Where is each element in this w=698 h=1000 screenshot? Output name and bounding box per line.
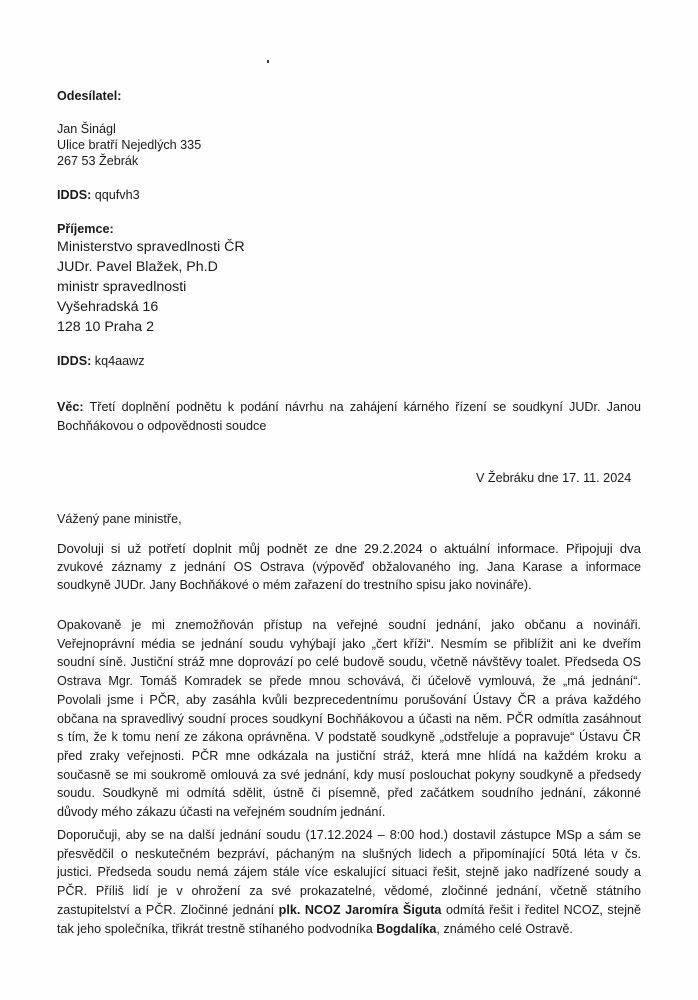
paragraph-line: soudní síně. Justiční stráž mne doprováz… <box>57 653 641 672</box>
recipient-heading: Příjemce: <box>57 221 114 237</box>
paragraph-line: Ostrava Mgr. Tomáš Komradek se přede mno… <box>57 672 641 691</box>
paragraph-line: důvody mého zákazu účasti na veřejném so… <box>57 803 641 822</box>
paragraph-1: Dovoluji si už potřetí doplnit můj podně… <box>57 540 641 595</box>
sender-idds-value: qqufvh3 <box>91 188 139 202</box>
recipient-idds-value: kq4aawz <box>91 354 144 368</box>
paragraph-line: současně se mi soukromě omlouvá za své j… <box>57 766 641 785</box>
subject: Věc: Třetí doplnění podnětu k podání náv… <box>57 398 641 435</box>
subject-label: Věc: <box>57 400 84 414</box>
paragraph-line: justici. Předseda soudu nemá zájem stále… <box>57 863 641 882</box>
subject-line-1: Věc: Třetí doplnění podnětu k podání náv… <box>57 398 641 417</box>
recipient-line: JUDr. Pavel Blažek, Ph.D <box>57 258 218 276</box>
scan-speck <box>267 60 269 63</box>
sender-idds: IDDS: qqufvh3 <box>57 187 140 203</box>
paragraph-2: Opakovaně je mi znemožňován přístup na v… <box>57 616 641 822</box>
sender-street: Ulice bratří Nejedlých 335 <box>57 137 201 153</box>
letter-page: Odesílatel: Jan Šinágl Ulice bratří Neje… <box>0 0 698 1000</box>
recipient-line: Vyšehradská 16 <box>57 298 158 316</box>
paragraph-line: soudu. Soudkyně mi odmítá sdělit, ústně … <box>57 784 641 803</box>
recipient-line: Ministerstvo spravedlnosti ČR <box>57 238 245 256</box>
paragraph-3: Doporučuji, aby se na další jednání soud… <box>57 826 641 938</box>
recipient-idds-label: IDDS: <box>57 354 91 368</box>
subject-line-2: Bochňákovou o odpovědnosti soudce <box>57 417 641 436</box>
paragraph-line: přesvědčil o neskutečném bezpráví, pácha… <box>57 845 641 864</box>
paragraph-line: Opakovaně je mi znemožňován přístup na v… <box>57 616 641 635</box>
paragraph-line: soudkyně JUDr. Jany Bochňákové o mém zař… <box>57 576 641 595</box>
paragraph-line: zastupitelství a PČR. Zločinné jednání p… <box>57 901 641 920</box>
paragraph-line: Doporučuji, aby se na další jednání soud… <box>57 826 641 845</box>
paragraph-line: před zraky veřejnosti. PČR mne odkázala … <box>57 747 641 766</box>
recipient-idds: IDDS: kq4aawz <box>57 353 145 369</box>
bold-name: Bogdalíka <box>376 922 436 936</box>
recipient-line: 128 10 Praha 2 <box>57 318 154 336</box>
sender-city: 267 53 Žebrák <box>57 153 138 169</box>
paragraph-line: Povolali jsme i PČR, aby zasáhla kvůli b… <box>57 691 641 710</box>
paragraph-line: tak jeho společníka, třikrát trestně stí… <box>57 920 641 939</box>
place-date: V Žebráku dne 17. 11. 2024 <box>476 470 631 486</box>
sender-heading: Odesílatel: <box>57 88 121 104</box>
bold-name: plk. NCOZ Jaromíra Šiguta <box>279 903 442 917</box>
paragraph-line: PČR. Příliš lidí je v ohrožení za své pr… <box>57 882 641 901</box>
paragraph-line: zvukové záznamy z jednání OS Ostrava (vý… <box>57 558 641 577</box>
sender-name: Jan Šinágl <box>57 121 116 137</box>
salutation: Vážený pane ministře, <box>57 511 182 527</box>
recipient-line: ministr spravedlnosti <box>57 278 186 296</box>
paragraph-line: Veřejnoprávní média se jednání soudu vyh… <box>57 635 641 654</box>
paragraph-line: Dovoluji si už potřetí doplnit můj podně… <box>57 540 641 558</box>
paragraph-line: s tím, že k tomu není ze zákona oprávněn… <box>57 728 641 747</box>
sender-idds-label: IDDS: <box>57 188 91 202</box>
paragraph-line: občana na spravedlivý soudní proces soud… <box>57 710 641 729</box>
